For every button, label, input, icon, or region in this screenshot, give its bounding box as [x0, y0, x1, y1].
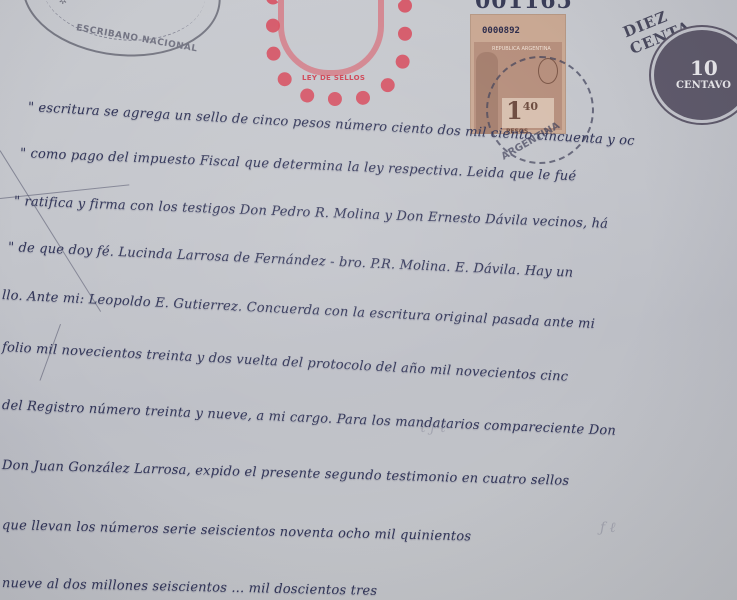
notary-oval-seal: ✲ ESCRIBANO NACIONAL [16, 0, 227, 66]
handwritten-line: Don Juan González Larrosa, expido el pre… [2, 458, 570, 489]
ten-centavo-stamp: DIEZ CENTA 10 CENTAVO [630, 0, 737, 130]
handwritten-line: llo. Ante mi: Leopoldo E. Gutierrez. Con… [2, 288, 596, 332]
handwritten-line: que llevan los números serie seiscientos… [2, 518, 472, 544]
handwritten-line: folio mil novecientos treinta y dos vuel… [2, 340, 569, 385]
document-page: ✲ ESCRIBANO NACIONAL LEY DE SELLOS 00116… [0, 0, 737, 600]
cent-stamp-value: 10 [690, 56, 718, 80]
handwritten-line: " de que doy fé. Lucinda Larrosa de Fern… [8, 240, 574, 281]
handwritten-line: nueve al dos millones seiscientos ... mi… [2, 576, 378, 599]
revenue-stamp-country: REPUBLICA ARGENTINA [492, 46, 551, 52]
postmark-cancellation: ARGENTINA [486, 56, 594, 164]
red-seal-label: LEY DE SELLOS [302, 74, 365, 82]
bleed-through-ink: ƒ ℓ [600, 520, 615, 537]
cent-stamp-unit: CENTAVO [676, 80, 731, 91]
handwritten-line: del Registro número treinta y nueve, a m… [2, 398, 617, 439]
handwritten-line: " como pago del impuesto Fiscal que dete… [20, 146, 577, 184]
red-tax-seal: LEY DE SELLOS [262, 0, 392, 90]
document-serial-number: 001165 [475, 0, 573, 14]
revenue-stamp-number: 0000892 [482, 26, 520, 36]
handwritten-line: " ratifica y firma con los testigos Don … [14, 194, 609, 232]
star-icon: ✲ [58, 0, 67, 7]
